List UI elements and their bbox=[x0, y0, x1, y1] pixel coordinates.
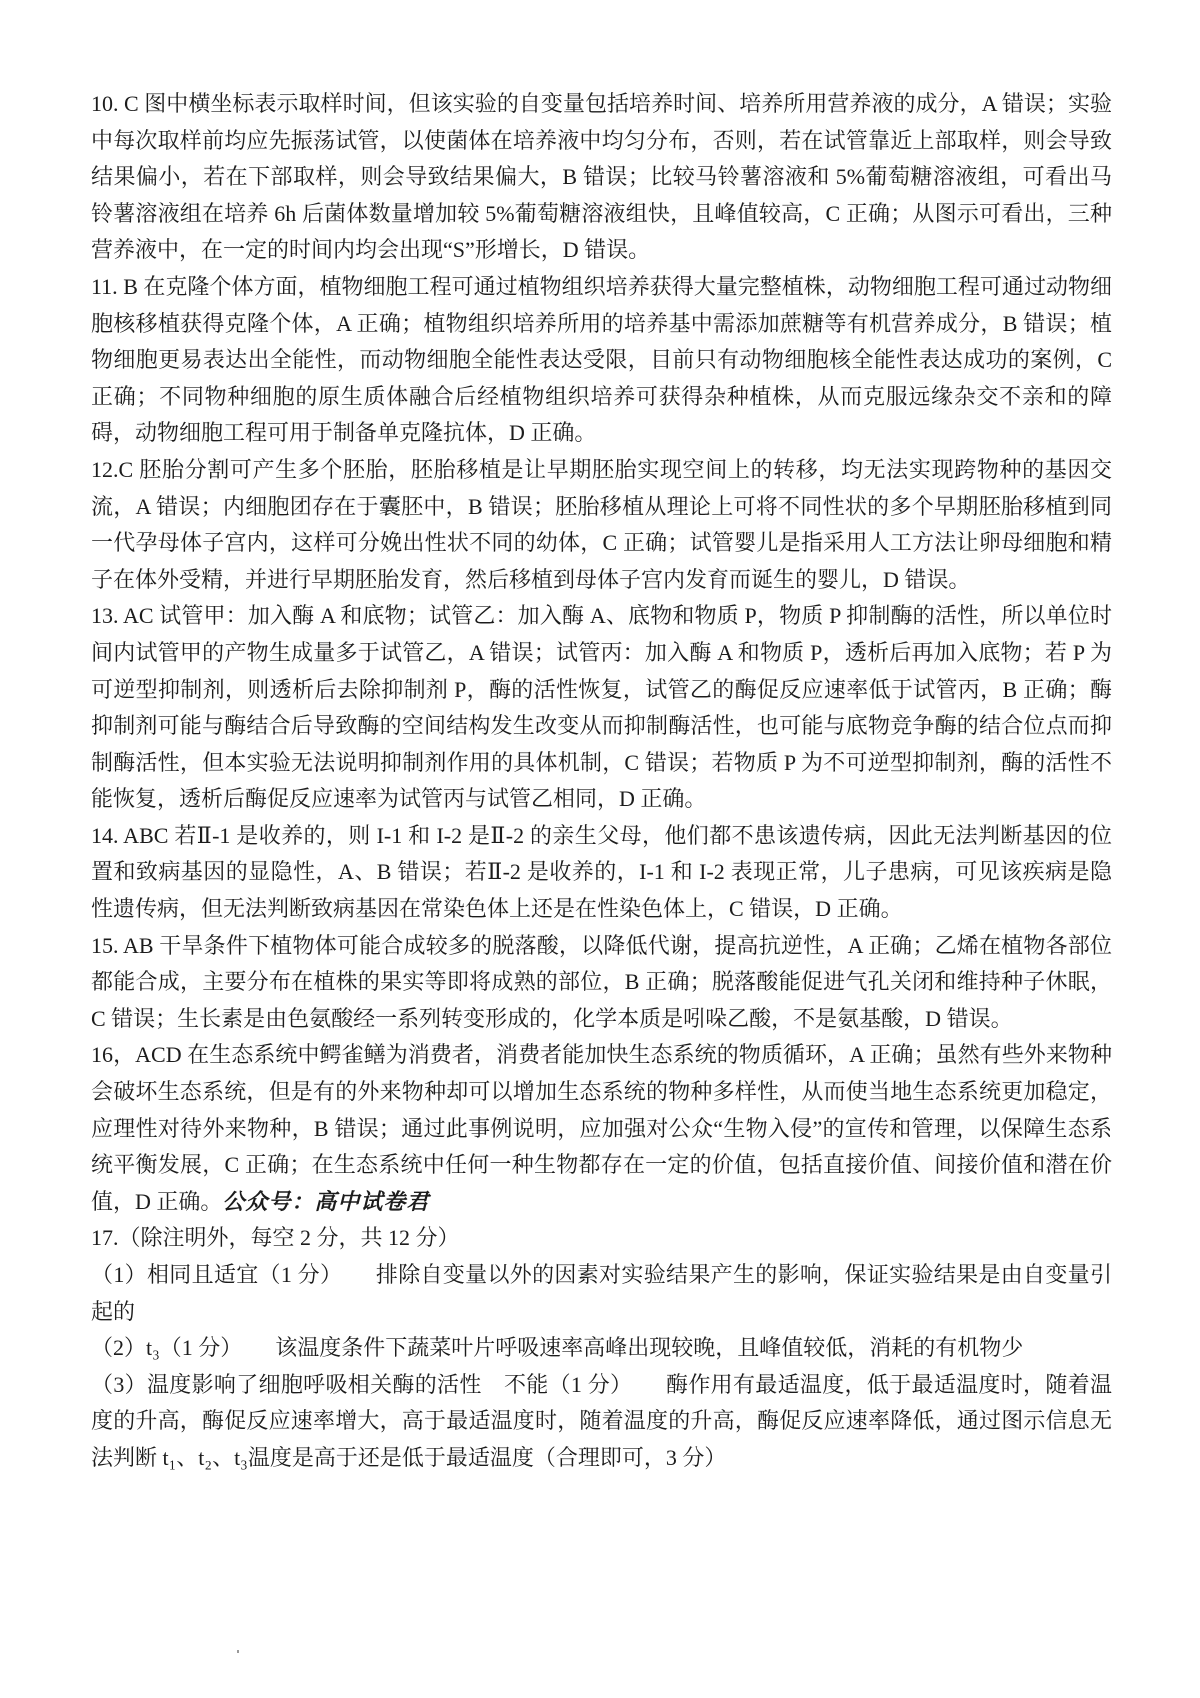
scan-artifact-dot bbox=[237, 1650, 239, 1653]
answer-paragraph-15: 15. AB 干旱条件下植物体可能合成较多的脱落酸，以降低代谢，提高抗逆性，A … bbox=[91, 928, 1112, 1038]
answer-paragraph-16: 16，ACD 在生态系统中鳄雀鳝为消费者，消费者能加快生态系统的物质循环，A 正… bbox=[91, 1037, 1112, 1220]
question-17-part-2: （2）t₃（1 分） 该温度条件下蔬菜叶片呼吸速率高峰出现较晚，且峰值较低，消耗… bbox=[91, 1330, 1112, 1367]
answer-paragraph-13: 13. AC 试管甲：加入酶 A 和底物；试管乙：加入酶 A、底物和物质 P，物… bbox=[91, 598, 1112, 818]
answer-paragraph-14: 14. ABC 若Ⅱ-1 是收养的，则 I-1 和 I-2 是Ⅱ-2 的亲生父母… bbox=[91, 818, 1112, 928]
publisher-note: 公众号：高中试卷君 bbox=[222, 1189, 429, 1214]
question-17-part-1: （1）相同且适宜（1 分） 排除自变量以外的因素对实验结果产生的影响，保证实验结… bbox=[91, 1257, 1112, 1330]
answer-paragraph-12: 12.C 胚胎分割可产生多个胚胎，胚胎移植是让早期胚胎实现空间上的转移，均无法实… bbox=[91, 452, 1112, 598]
question-17-part-3: （3）温度影响了细胞呼吸相关酶的活性 不能（1 分） 酶作用有最适温度，低于最适… bbox=[91, 1367, 1112, 1477]
answer-paragraph-10: 10. C 图中横坐标表示取样时间，但该实验的自变量包括培养时间、培养所用营养液… bbox=[91, 86, 1112, 269]
question-17-header: 17.（除注明外，每空 2 分，共 12 分） bbox=[91, 1220, 1112, 1257]
answer-key-page: 10. C 图中横坐标表示取样时间，但该实验的自变量包括培养时间、培养所用营养液… bbox=[0, 0, 1200, 1698]
answer-paragraph-11: 11. B 在克隆个体方面，植物细胞工程可通过植物组织培养获得大量完整植株，动物… bbox=[91, 269, 1112, 452]
